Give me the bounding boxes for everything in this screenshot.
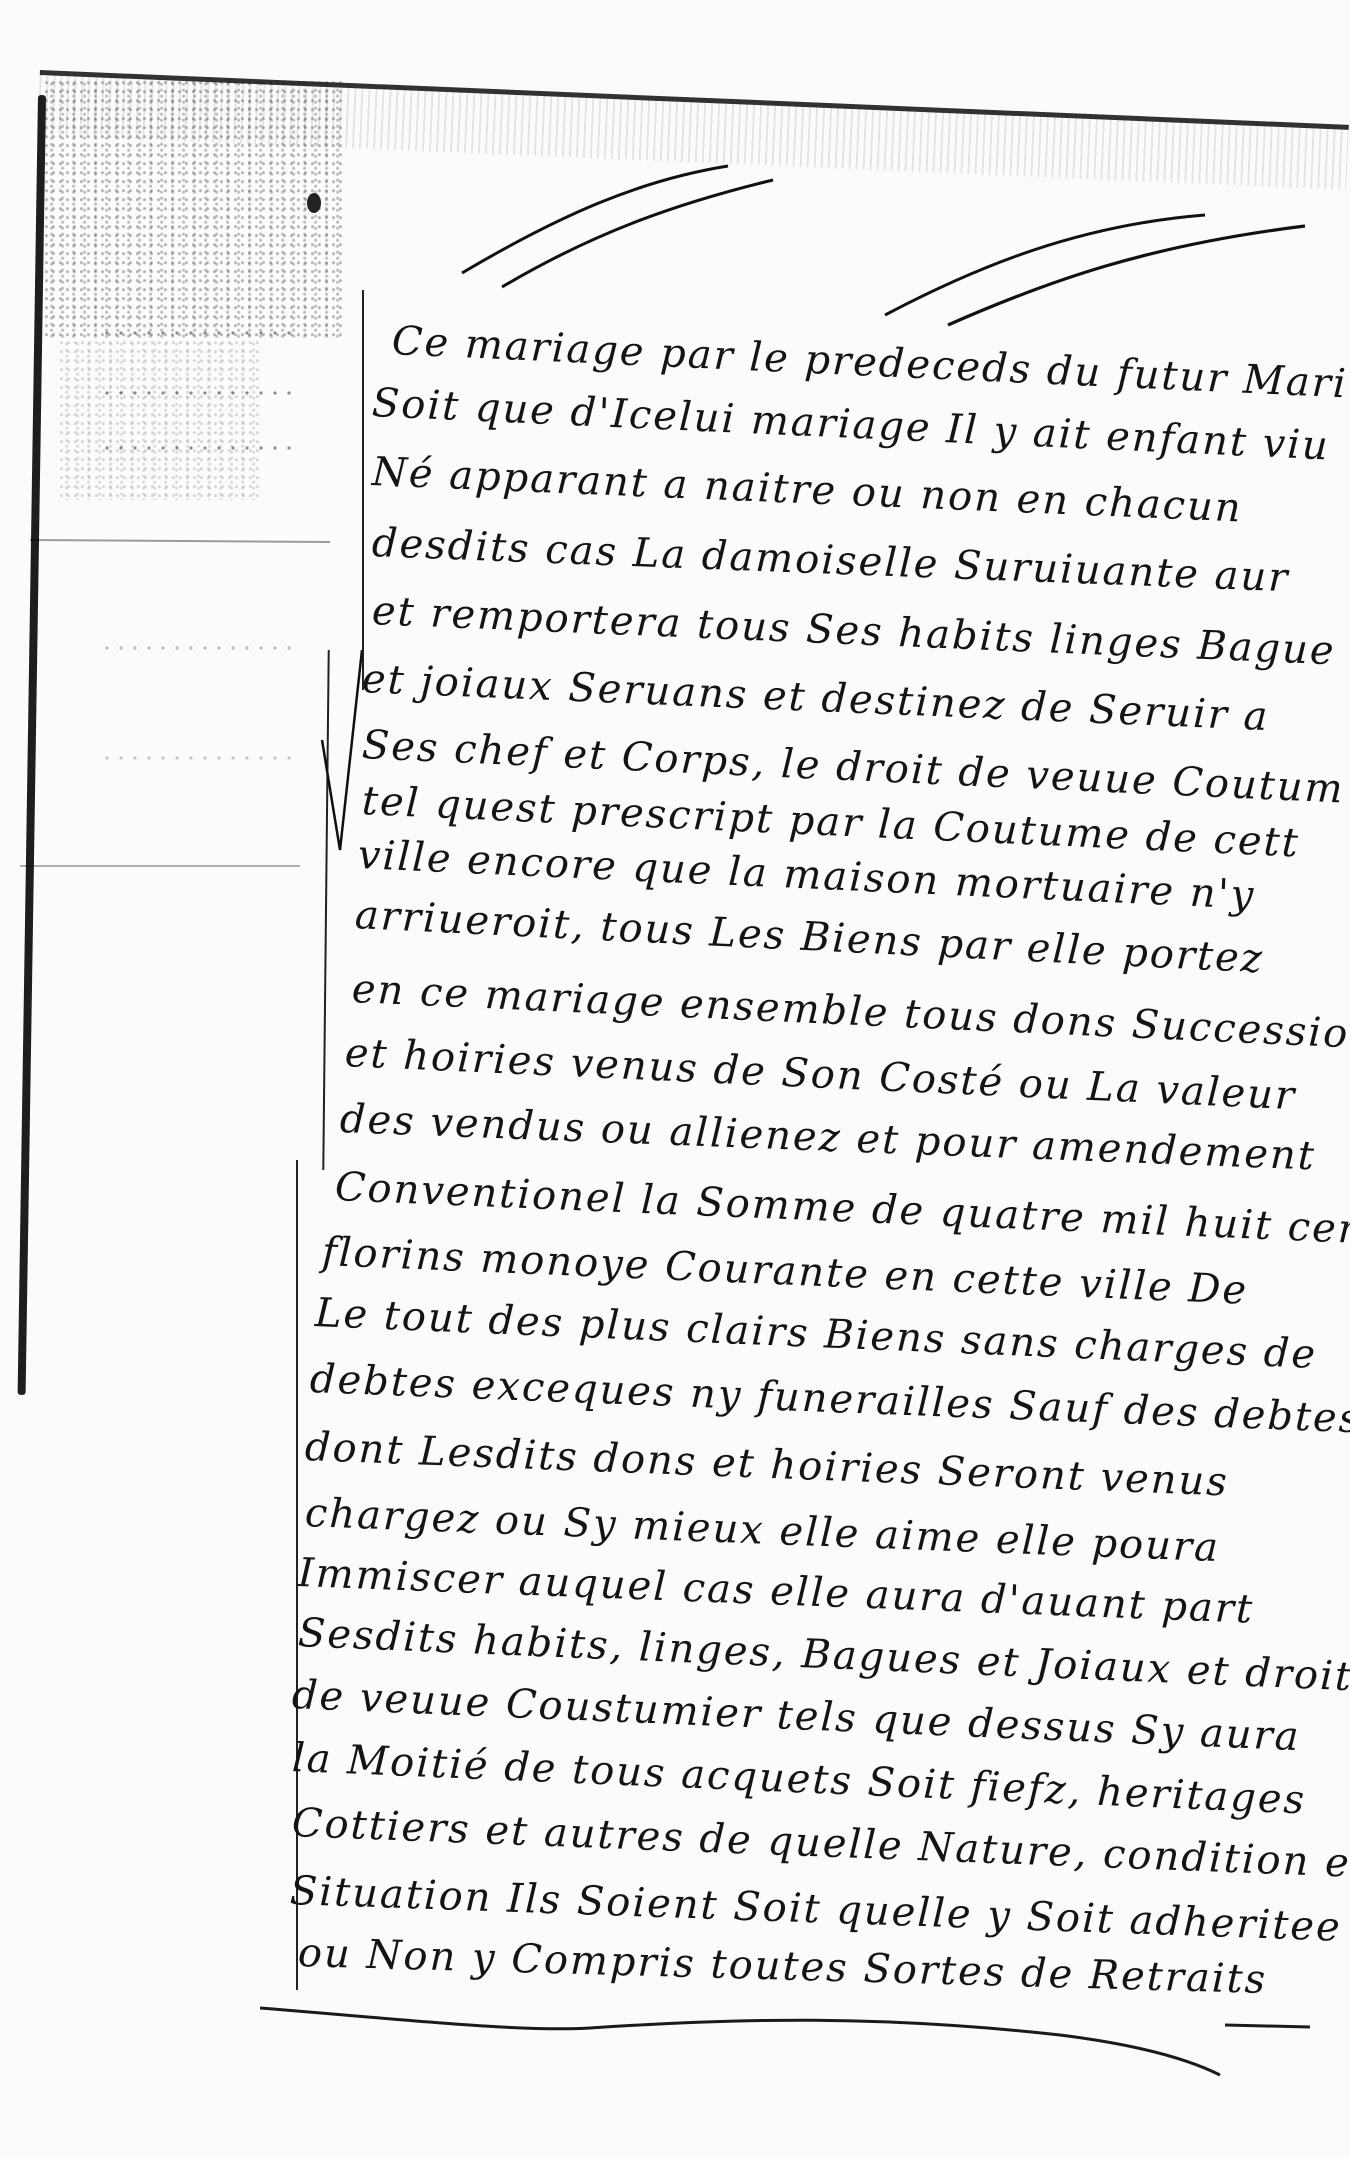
margin-rule [20, 865, 300, 867]
scan-noise [60, 340, 260, 500]
manuscript-line: dont Lesdits dons et hoiries Seront venu… [304, 1424, 1230, 1505]
margin-rule [30, 539, 330, 543]
manuscript-line: desdits cas La damoiselle Suruiuante aur [371, 520, 1290, 601]
margin-marks [100, 445, 300, 451]
margin-marks [100, 645, 300, 651]
manuscript-line: Né apparant a naitre ou non en chacun [371, 449, 1243, 531]
left-margin-rule [362, 290, 364, 690]
margin-marks [100, 390, 300, 396]
document-page: Ce mariage par le predeceds du futur Mar… [0, 0, 1350, 2158]
pen-flourish-icon [0, 0, 1350, 340]
manuscript-line: et remportera tous Ses habits linges Bag… [371, 588, 1336, 674]
margin-marks [100, 755, 300, 761]
